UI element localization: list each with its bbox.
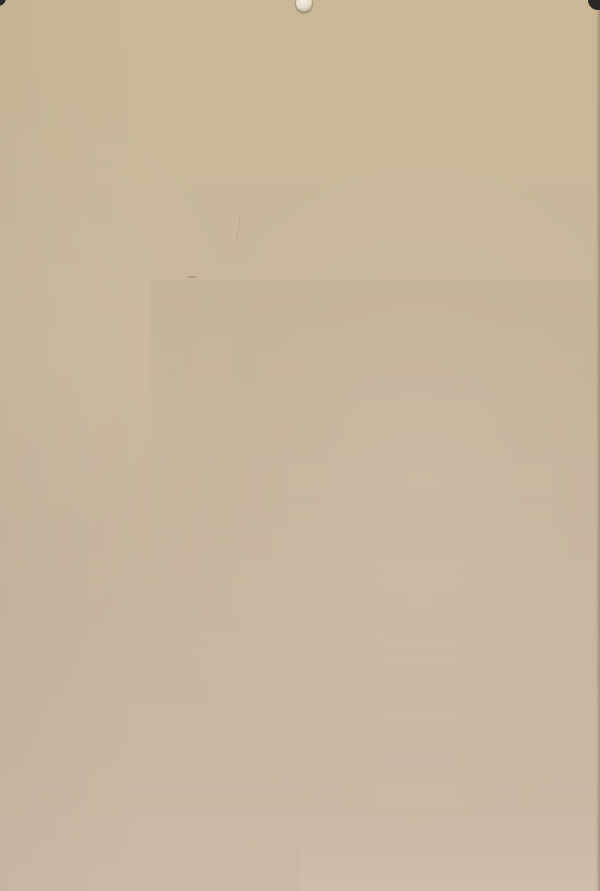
corner-clip-right-icon: [588, 0, 600, 10]
paper-highlight: [300, 820, 600, 891]
paper-shading: [0, 0, 150, 891]
faint-mark: [236, 215, 241, 241]
paper-shadow: [150, 280, 600, 760]
faint-speck: [188, 276, 196, 278]
paper-edge: [596, 0, 600, 891]
paper-sheet-photo: [0, 0, 600, 891]
pushpin-icon: [296, 0, 312, 12]
